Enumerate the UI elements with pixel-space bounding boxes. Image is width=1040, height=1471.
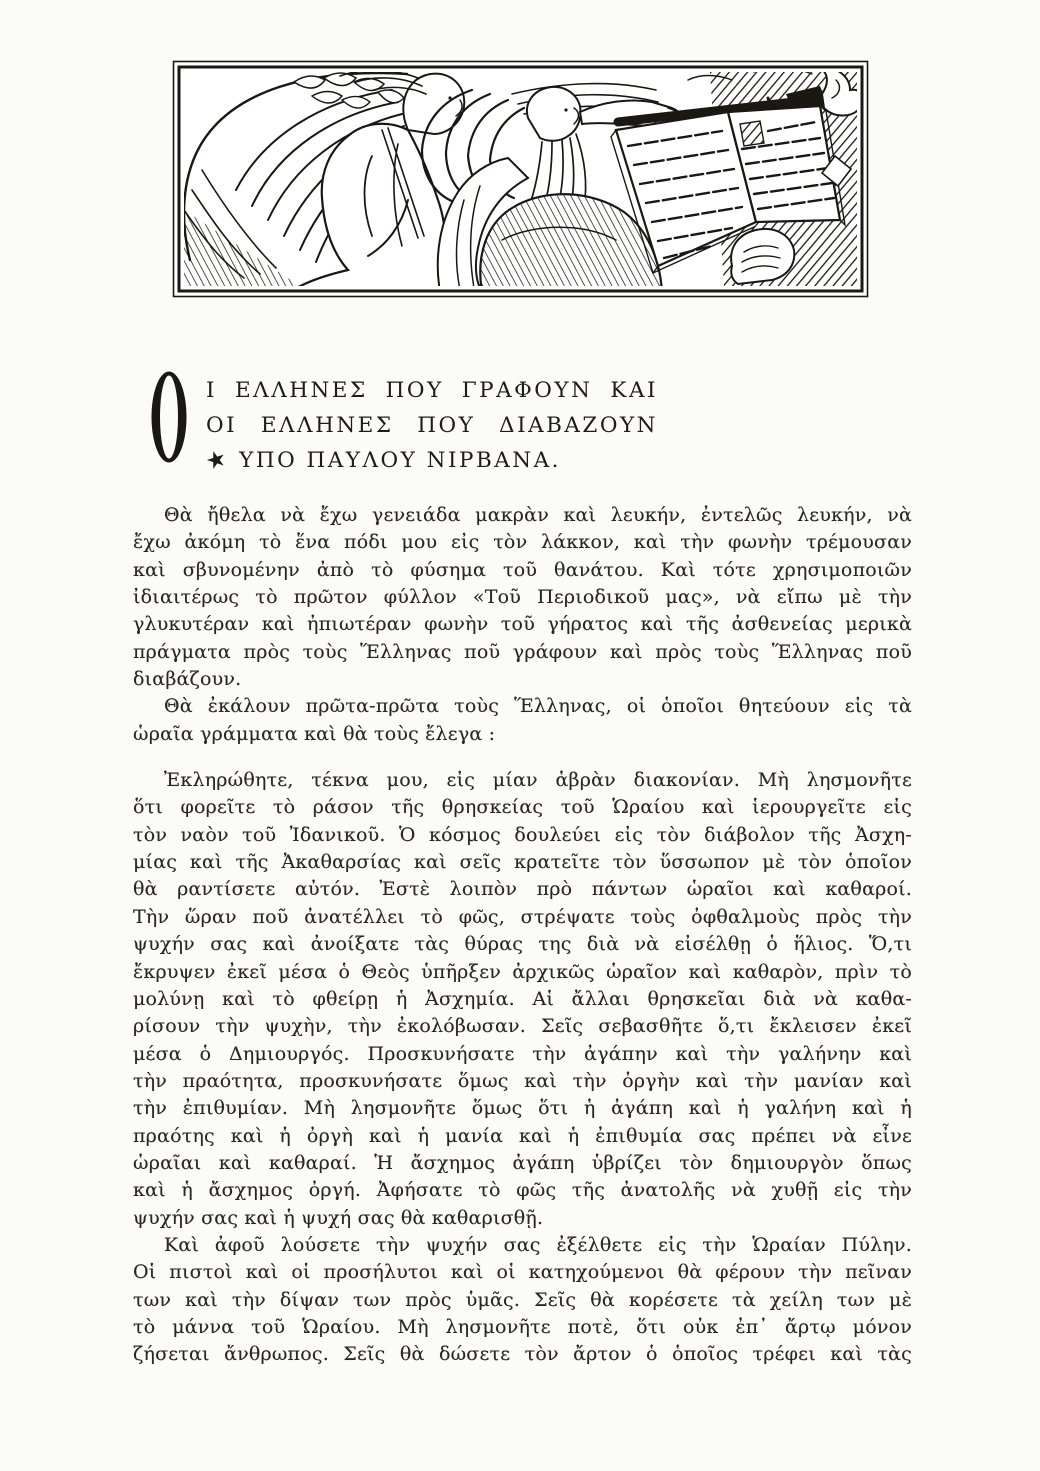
text-line: ὡραῖαι καὶ καθαραί. Ἡ ἄσχημος ἀγάπη ὑβρί… — [133, 1150, 912, 1177]
text-line: πραότης καὶ ἡ ὀργὴ καὶ ἡ μανία καὶ ἡ ἐπι… — [133, 1123, 912, 1150]
text-line: γλυκυτέραν καὶ ἠπιωτέραν φωνὴν τοῦ γήρατ… — [133, 611, 912, 638]
text-line: Οἱ πιστοὶ καὶ οἱ προσήλυτοι καὶ οἱ κατηχ… — [133, 1259, 912, 1286]
byline-text: ΥΠΟ ΠΑΥΛΟΥ ΝΙΡΒΑΝΑ. — [239, 448, 561, 473]
book-page: Ι ΕΛΛΗΝΕΣ ΠΟΥ ΓΡΑΦΟΥΝ ΚΑΙ ΟΙ ΕΛΛΗΝΕΣ ΠΟΥ… — [0, 0, 1040, 1471]
text-line: τὴν πραότητα, προσκυνήσατε ὅμως καὶ τὴν … — [133, 1068, 912, 1095]
text-line: μολύνῃ καὶ τὸ φθείρῃ ἡ Ἀσχημία. Αἱ ἄλλαι… — [133, 986, 912, 1013]
text-line: ἔχω ἀκόμη τὸ ἕνα πόδι μου εἰς τὸν λάκκον… — [133, 529, 912, 556]
text-line: Τὴν ὥραν ποῦ ἀνατέλλει τὸ φῶς, στρέψατε … — [133, 904, 912, 931]
text-line: ὅτι φορεῖτε τὸ ράσον τῆς θρησκείας τοῦ Ὡ… — [133, 794, 912, 821]
text-line: μέσα ὁ Δημιουργός. Προσκυνήσατε τὴν ἀγάπ… — [133, 1041, 912, 1068]
text-line: ὡραῖα γράμματα καὶ θὰ τοὺς ἔλεγα : — [133, 721, 912, 748]
text-line: πράγματα πρὸς τοὺς Ἕλληνας ποῦ γράφουν κ… — [133, 639, 912, 666]
text-line: ζήσεται ἄνθρωπος. Σεῖς θὰ δώσετε τὸν ἄρτ… — [133, 1341, 912, 1368]
text-line: Καὶ ἀφοῦ λούσετε τὴν ψυχήν σας ἐξέλθετε … — [133, 1232, 912, 1259]
dropcap-omicron — [150, 370, 188, 464]
text-line: καὶ ἡ ἄσχημος ὀργή. Ἀφήσατε τὸ φῶς τῆς ἀ… — [133, 1177, 912, 1204]
text-line: διαβάζουν. — [133, 666, 912, 693]
text-line: καὶ σβυνομένην ἀπὸ τὸ φύσημα τοῦ θανάτου… — [133, 557, 912, 584]
text-line: τὸν ναὸν τοῦ Ἰδανικοῦ. Ὁ κόσμος δουλεύει… — [133, 822, 912, 849]
text-line: θὰ ραντίσετε αὐτόν. Ἐστὲ λοιπὸν πρὸ πάντ… — [133, 876, 912, 903]
angel-scholar-engraving — [172, 60, 869, 298]
title-line-1: Ι ΕΛΛΗΝΕΣ ΠΟΥ ΓΡΑΦΟΥΝ ΚΑΙ — [206, 373, 658, 408]
text-line: ἔκρυψεν ἐκεῖ μέσα ὁ Θεὸς ὑπῆρξεν ἀρχικῶς… — [133, 959, 912, 986]
text-line: των καὶ τὴν δίψαν των πρὸς ὑμᾶς. Σεῖς θὰ… — [133, 1287, 912, 1314]
article-body: Θὰ ἤθελα νὰ ἔχω γενειάδα μακρὰν καὶ λευκ… — [133, 502, 912, 1369]
paragraph: Θὰ ἤθελα νὰ ἔχω γενειάδα μακρὰν καὶ λευκ… — [133, 502, 912, 693]
title-line-2: ΟΙ ΕΛΛΗΝΕΣ ΠΟΥ ΔΙΑΒΑΖΟΥΝ — [206, 408, 658, 443]
byline: ★ΥΠΟ ΠΑΥΛΟΥ ΝΙΡΒΑΝΑ. — [206, 443, 658, 478]
article-title: Ι ΕΛΛΗΝΕΣ ΠΟΥ ΓΡΑΦΟΥΝ ΚΑΙ ΟΙ ΕΛΛΗΝΕΣ ΠΟΥ… — [206, 370, 658, 478]
text-line: ψυχήν σας καὶ ἀνοίξατε τὰς θύρας της διὰ… — [133, 931, 912, 958]
paragraph: Ἐκληρώθητε, τέκνα μου, εἰς μίαν ἁβρὰν δι… — [133, 767, 912, 1232]
article-title-block: Ι ΕΛΛΗΝΕΣ ΠΟΥ ΓΡΑΦΟΥΝ ΚΑΙ ΟΙ ΕΛΛΗΝΕΣ ΠΟΥ… — [150, 370, 658, 478]
text-line: Θὰ ἤθελα νὰ ἔχω γενειάδα μακρὰν καὶ λευκ… — [133, 502, 912, 529]
paragraph: Θὰ ἐκάλουν πρῶτα-πρῶτα τοὺς Ἕλληνας, οἱ … — [133, 693, 912, 748]
text-line: Ἐκληρώθητε, τέκνα μου, εἰς μίαν ἁβρὰν δι… — [133, 767, 912, 794]
star-icon: ★ — [201, 440, 234, 480]
book-initial — [740, 121, 764, 146]
text-line: Θὰ ἐκάλουν πρῶτα-πρῶτα τοὺς Ἕλληνας, οἱ … — [133, 693, 912, 720]
text-line: ἰδιαιτέρως τὸ πρῶτον φύλλον «Τοῦ Περιοδι… — [133, 584, 912, 611]
text-line: τὴν ἐπιθυμίαν. Μὴ λησμονῆτε ὅμως ὅτι ἡ ἀ… — [133, 1095, 912, 1122]
paragraph: Καὶ ἀφοῦ λούσετε τὴν ψυχήν σας ἐξέλθετε … — [133, 1232, 912, 1369]
text-line: τὸ μάννα τοῦ Ὡραίου. Μὴ λησμονῆτε ποτὲ, … — [133, 1314, 912, 1341]
text-line: μίας καὶ τῆς Ἀκαθαρσίας καὶ σεῖς κρατεῖτ… — [133, 849, 912, 876]
header-illustration — [172, 60, 869, 298]
text-line: ρίσουν τὴν ψυχὴν, τὴν ἐκολόβωσαν. Σεῖς σ… — [133, 1013, 912, 1040]
text-line: ψυχήν σας καὶ ἡ ψυχή σας θὰ καθαρισθῇ. — [133, 1205, 912, 1232]
